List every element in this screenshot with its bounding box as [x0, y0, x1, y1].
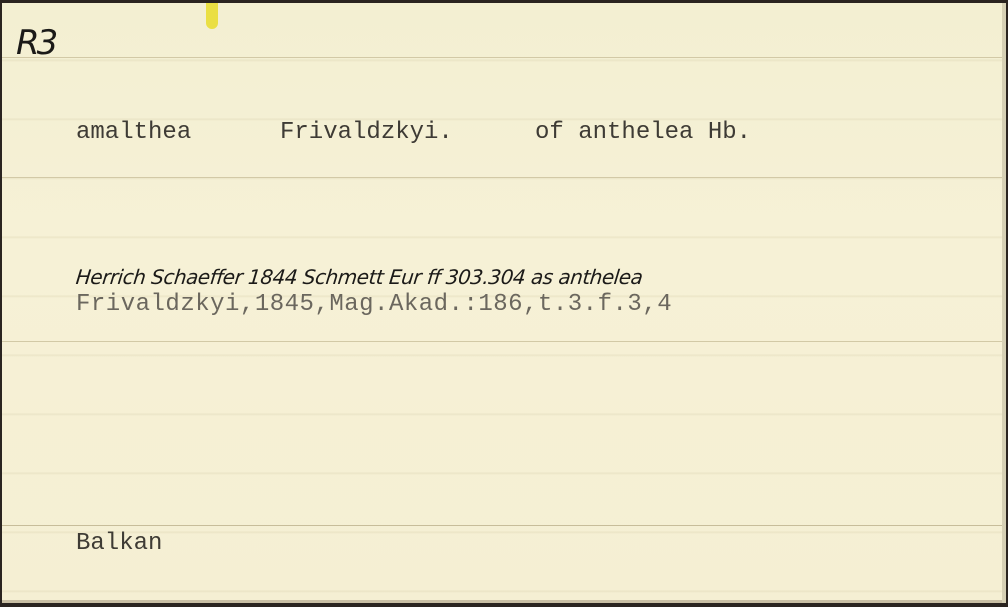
yellow-tab-marker [206, 3, 218, 29]
ruled-line [2, 57, 1002, 58]
citation: Frivaldzkyi,1845,Mag.Akad.:186,t.3.f.3,4 [76, 291, 672, 318]
locality: Balkan [76, 530, 162, 557]
ruled-line [2, 177, 1002, 178]
ruled-line [2, 525, 1002, 526]
species-name: amalthea [76, 119, 191, 146]
catalog-code: R3 [16, 23, 55, 63]
species-author: Frivaldzkyi. [280, 119, 453, 146]
taxonomic-note: of anthelea Hb. [535, 119, 751, 146]
ruled-line [2, 341, 1002, 342]
index-card: R3 amalthea Frivaldzkyi. of anthelea Hb.… [2, 3, 1006, 603]
handwritten-annotation: Herrich Schaeffer 1844 Schmett Eur ff 30… [75, 265, 644, 289]
